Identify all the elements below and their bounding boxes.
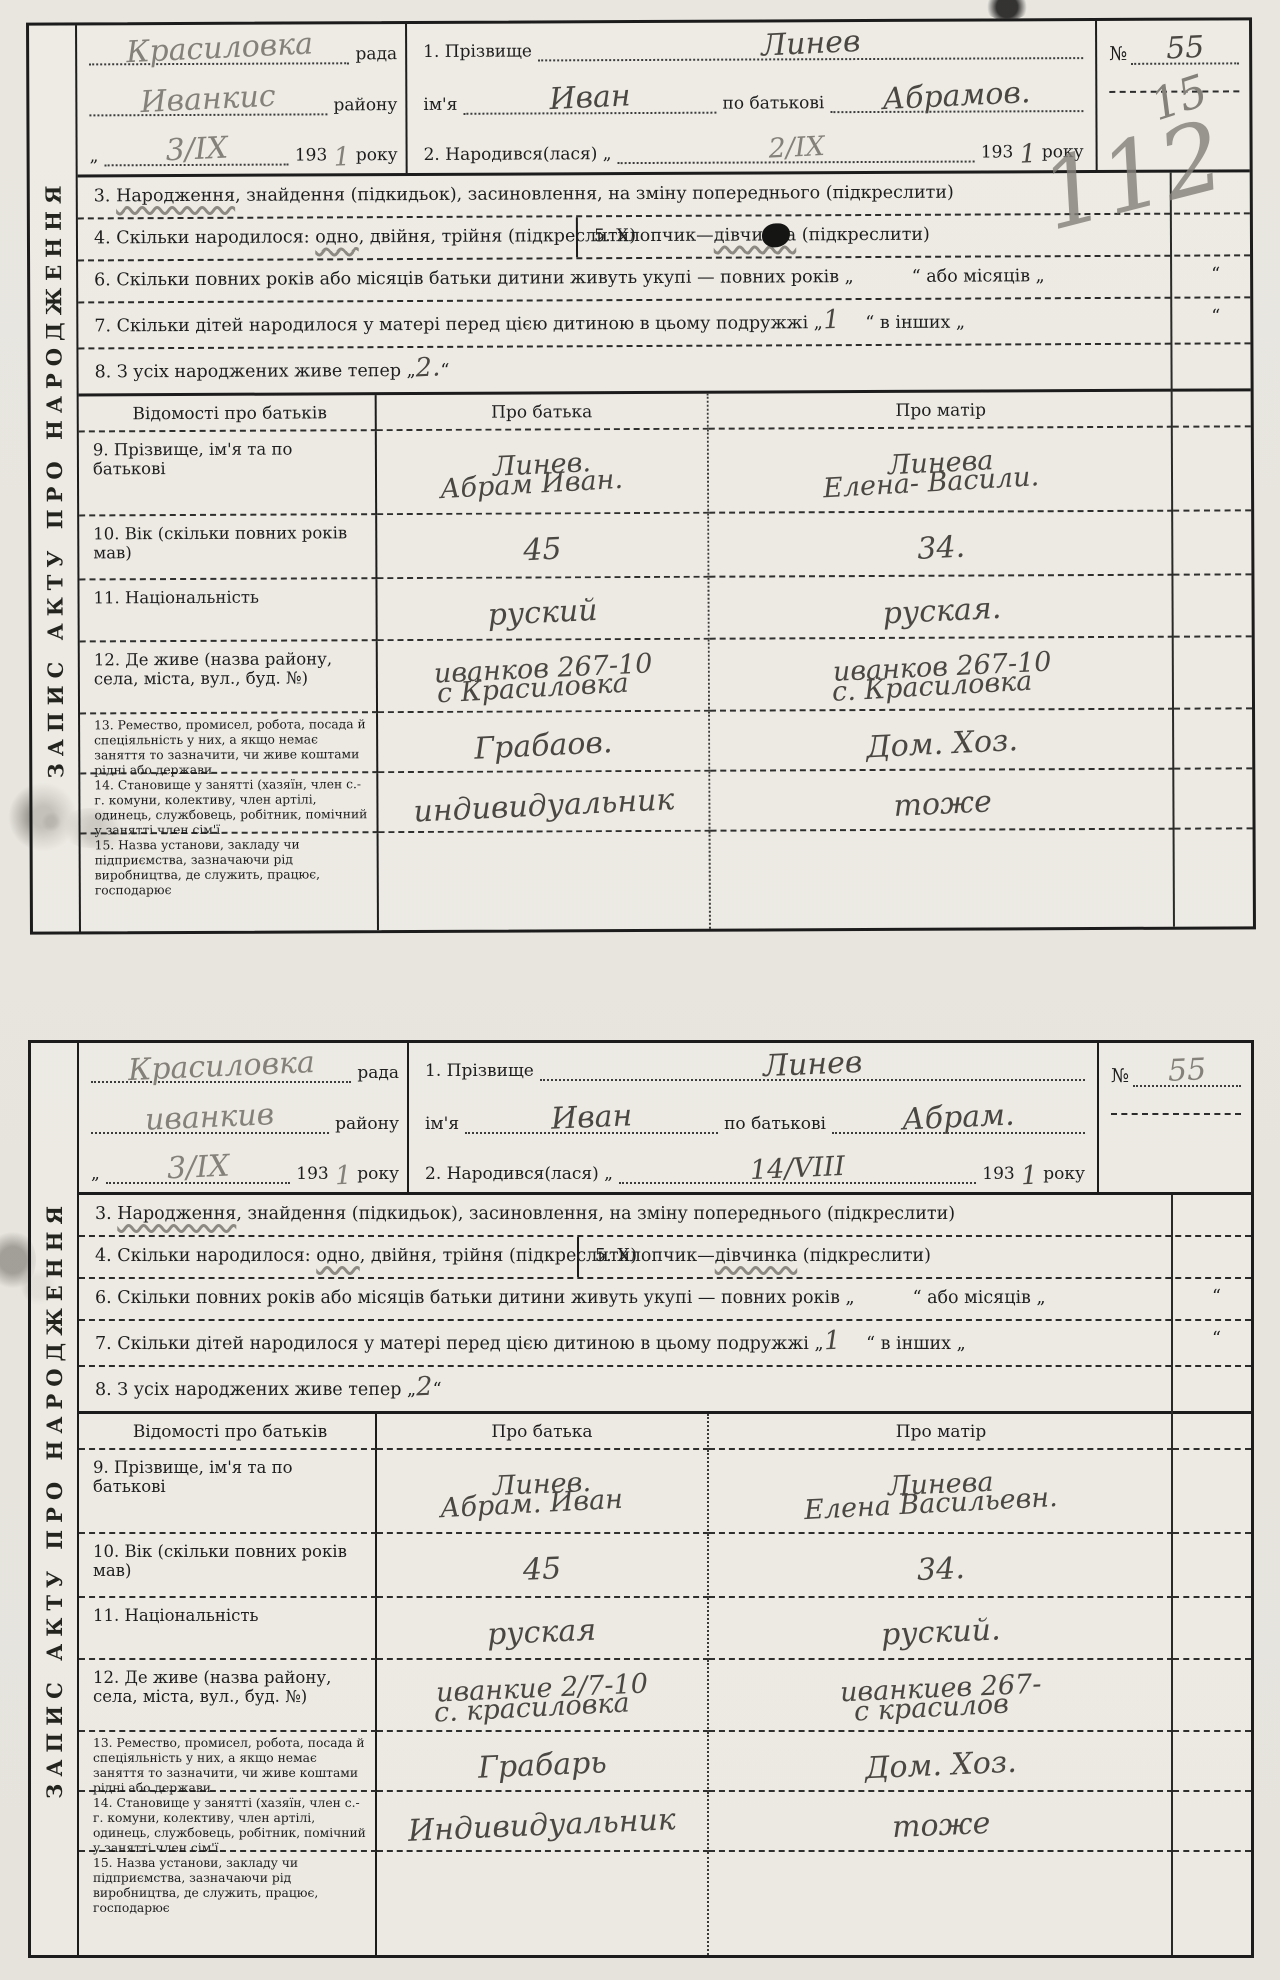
form1-father-status: индивидуальник	[412, 786, 674, 825]
form2-surname-label: 1. Прізвище	[425, 1061, 534, 1081]
form2-council-value: Красиловка	[127, 1049, 315, 1084]
form2-reg-year-prefix: 193	[296, 1164, 328, 1184]
form1-given-name-value: Иван	[549, 82, 631, 113]
form2-council-label: рада	[357, 1063, 399, 1083]
form1-field-3-text: , знайдення (підкидьок), засиновлення, н…	[235, 183, 954, 206]
form2-alive-now-value: 2	[416, 1376, 434, 1400]
form1-field-6-close-quote: “	[1211, 264, 1220, 284]
form2-mother-name-cell: ЛиневаЕлена Васильевн.	[709, 1450, 1173, 1534]
form2-mother-status-cell: тоже	[709, 1792, 1173, 1852]
form1-father-residence-2: с Красиловка	[436, 672, 629, 707]
form2-given-name-value: Иван	[550, 1102, 632, 1133]
form1-field-6-text-2: “ або місяців „	[912, 266, 1045, 287]
form2-field-8-text: 8. З усіх народжених живе тепер „	[95, 1380, 416, 1400]
form2-field-6-close-quote: “	[1212, 1287, 1221, 1307]
form1-number-sign: №	[1109, 43, 1127, 65]
form1-reg-year-digit: 1	[333, 146, 351, 170]
form1-row10-label: 10. Вік (скільки повних років мав)	[79, 515, 377, 580]
form2-mother-institution-cell	[709, 1852, 1173, 1955]
form1-district-line: Иванкис	[89, 85, 327, 116]
form2-district-label: району	[335, 1114, 399, 1134]
birth-record-form-1: ЗАПИС АКТУ ПРО НАРОДЖЕННЯ 112 Красиловка…	[26, 17, 1256, 934]
form2-reg-date-value: 3/IX	[166, 1153, 230, 1183]
form1-reg-year-label: року	[356, 145, 398, 165]
form1-row15-spare	[1175, 829, 1253, 926]
form2-field-3-text: , знайдення (підкидьок), засиновлення, н…	[236, 1204, 955, 1224]
form1-mother-age-cell: 34.	[709, 512, 1173, 578]
form1-field-7-text-2: “ в інших „	[865, 313, 965, 333]
form1-field-4-text: 4. Скільки народилося:	[94, 227, 315, 248]
form2-row15-label: 15. Назва установи, закладу чи підприємс…	[79, 1852, 377, 1955]
form2-body: Красиловка рада иванкив району „ 3/IX 19…	[79, 1043, 1251, 1955]
form2-row10-label: 10. Вік (скільки повних років мав)	[79, 1534, 377, 1598]
form1-row10-spare	[1173, 511, 1251, 575]
form2-mother-occupation-cell: Дом. Хоз.	[709, 1732, 1173, 1792]
form1-given-name-line: Иван	[463, 84, 716, 115]
form1-field-4-underlined-word: одно	[315, 227, 359, 247]
form2-number-line: 55	[1133, 1057, 1241, 1087]
form2-father-nationality-cell: руская	[377, 1598, 709, 1660]
form1-father-occupation: Грабаов.	[473, 729, 612, 763]
form1-row9-spare	[1173, 427, 1251, 511]
form2-number-value: 55	[1167, 1056, 1206, 1085]
form2-field-4-underlined-word: одно	[316, 1246, 360, 1266]
form2-birth-year-label: року	[1043, 1164, 1085, 1184]
form2-registration-block: Красиловка рада иванкив району „ 3/IX 19…	[79, 1043, 409, 1192]
form1-vertical-title-strip: ЗАПИС АКТУ ПРО НАРОДЖЕННЯ	[29, 25, 81, 931]
form2-reg-year-label: року	[357, 1164, 399, 1184]
form1-surname-label: 1. Прізвище	[423, 41, 532, 61]
form2-vertical-title: ЗАПИС АКТУ ПРО НАРОДЖЕННЯ	[42, 1199, 67, 1799]
form2-field-5-underlined-word: дівчинка	[715, 1246, 798, 1266]
form2-father-nationality: руская	[487, 1616, 597, 1648]
form2-birth-date-line: 14/VIII	[619, 1157, 976, 1184]
form2-row12-label: 12. Де живе (назва району, села, міста, …	[79, 1660, 377, 1732]
birth-record-form-2: ЗАПИС АКТУ ПРО НАРОДЖЕННЯ Красиловка рад…	[28, 1040, 1254, 1958]
form2-birth-year-digit: 1	[1020, 1164, 1038, 1188]
form1-reg-date-quote: „	[90, 146, 99, 166]
form2-field-4: 4. Скільки народилося: одно, двійня, трі…	[79, 1237, 579, 1277]
form1-mother-status: тоже	[893, 788, 993, 820]
form1-father-given: Абрам Иван.	[440, 468, 624, 503]
form1-mother-name-cell: ЛиневаЕлена- Васили.	[709, 428, 1173, 514]
form2-father-age-cell: 45	[377, 1534, 709, 1598]
form1-field-7-close-quote: “	[1211, 306, 1220, 326]
form2-row12-spare	[1173, 1660, 1251, 1732]
form2-father-age: 45	[522, 1555, 561, 1584]
form2-father-residence-2: с. красиловка	[434, 1691, 631, 1726]
form2-mother-occupation: Дом. Хоз.	[865, 1748, 1018, 1782]
form1-field-8: 8. З усіх народжених живе тепер „2.“	[78, 344, 1250, 396]
form2-district-line: иванкив	[91, 1104, 329, 1134]
form2-father-given: Абрам. Иван	[440, 1488, 624, 1522]
form2-reg-date-quote: „	[91, 1164, 100, 1184]
form2-council-line: Красиловка	[91, 1053, 351, 1083]
form2-row11-spare	[1173, 1598, 1251, 1660]
form2-children-before-value: 1	[823, 1330, 841, 1354]
form2-surname-value: Линев	[762, 1049, 862, 1080]
form2-field-5: 5. Хлопчик—дівчинка (підкреслити)	[579, 1237, 945, 1277]
form2-row15-spare	[1173, 1852, 1251, 1955]
form1-reg-date-value: 3/IX	[165, 134, 229, 164]
form2-mother-residence-cell: иванкиев 267-с красилов	[709, 1660, 1173, 1732]
form2-field-4-text: 4. Скільки народилося:	[95, 1246, 316, 1266]
form2-field-6-text-2: “ або місяців „	[913, 1288, 1046, 1308]
form2-field-8-close-quote: “	[433, 1380, 442, 1400]
form1-birth-year-prefix: 193	[981, 142, 1014, 162]
form1-th-spare	[1173, 391, 1251, 427]
form1-surname-line: Линев	[538, 29, 1083, 61]
form1-row9-label: 9. Прізвище, ім'я та по батькові	[79, 431, 377, 516]
form1-district-value: Иванкис	[140, 82, 276, 115]
form2-parents-table: Відомості про батьків Про батька Про мат…	[79, 1414, 1251, 1955]
form1-father-nationality-cell: руский	[377, 578, 709, 641]
form1-birth-date-value: 2/IX	[768, 135, 825, 162]
form2-th-mother: Про матір	[709, 1414, 1173, 1450]
form1-th-mother: Про матір	[709, 392, 1173, 430]
form1-mother-occupation-cell: Дом. Хоз.	[710, 710, 1174, 772]
form2-surname-line: Линев	[540, 1051, 1085, 1081]
form1-registration-block: Красиловка рада Иванкис району „ 3/IX 19…	[77, 24, 408, 174]
form2-right-column-rule	[1171, 1195, 1173, 1955]
form1-field-5-text: 5. Хлопчик—	[594, 226, 714, 247]
form1-field-7-text: 7. Скільки дітей народилося у матері пер…	[94, 313, 823, 336]
form1-father-occupation-cell: Грабаов.	[378, 712, 710, 773]
form2-field-6-text: 6. Скільки повних років або місяців бать…	[95, 1288, 855, 1308]
form2-row13-label: 13. Ремество, промисел, робота, посада й…	[79, 1732, 377, 1792]
form2-field-5-rest: (підкреслити)	[797, 1246, 931, 1266]
form2-th-father: Про батька	[377, 1414, 709, 1450]
form2-row13-spare	[1173, 1732, 1251, 1792]
form1-given-name-label: ім'я	[423, 95, 457, 115]
ink-stain	[984, 0, 1030, 20]
form1-mother-age: 34.	[917, 533, 966, 562]
form1-mother-nationality: руская.	[882, 594, 1002, 627]
form1-th-father: Про батька	[377, 394, 709, 431]
form2-number-sign: №	[1111, 1065, 1129, 1087]
form2-birth-date-label: 2. Народився(лася) „	[425, 1164, 613, 1184]
form2-district-value: иванкив	[145, 1101, 275, 1134]
form1-mother-given: Елена- Васили.	[822, 465, 1039, 502]
form1-alive-now-value: 2.	[415, 356, 441, 381]
form2-header: Красиловка рада иванкив району „ 3/IX 19…	[79, 1043, 1251, 1195]
form2-mother-residence-2: с красилов	[853, 1692, 1009, 1724]
form1-mother-residence-2: с. Красиловка	[831, 670, 1033, 706]
form1-row11-label: 11. Національність	[79, 579, 377, 642]
form1-field-7: 7. Скільки дітей народилося у матері пер…	[78, 298, 1250, 349]
form1-mother-institution-cell	[711, 830, 1175, 929]
form2-th-spare	[1173, 1414, 1251, 1450]
form1-council-value: Красиловка	[125, 30, 313, 66]
form2-father-institution-cell	[377, 1852, 709, 1955]
form2-birth-year-prefix: 193	[982, 1164, 1014, 1184]
form2-mother-age-cell: 34.	[709, 1534, 1173, 1598]
form1-number-value: 55	[1165, 34, 1204, 63]
form1-row13-spare	[1174, 709, 1252, 769]
form1-father-age: 45	[523, 535, 562, 564]
form1-mother-status-cell: тоже	[710, 770, 1174, 832]
form2-mother-nationality-cell: руский.	[709, 1598, 1173, 1660]
form1-birth-date-label: 2. Народився(лася) „	[424, 144, 612, 165]
form2-row9-spare	[1173, 1450, 1251, 1534]
form2-field-3: 3. Народження, знайдення (підкидьок), за…	[79, 1195, 1251, 1237]
form2-mother-nationality: руский.	[881, 1616, 1002, 1648]
form2-field-3-underlined-word: Народження	[117, 1204, 236, 1224]
form1-surname-value: Линев	[760, 28, 861, 60]
form1-patronymic-label: по батькові	[722, 93, 824, 113]
form1-field-5: 5. Хлопчик—дівчинка (підкреслити)	[578, 216, 944, 258]
form1-field-4: 4. Скільки народилося: одно, двійня, трі…	[78, 217, 578, 259]
form1-child-block: 1. Прізвище Линев ім'я Иван по батькові …	[407, 21, 1098, 173]
form2-reg-date-line: 3/IX	[106, 1154, 290, 1184]
form1-th-parents: Відомості про батьків	[79, 395, 377, 432]
form2-father-occupation-cell: Грабарь	[377, 1732, 709, 1792]
form1-reg-date-line: 3/IX	[104, 136, 289, 167]
form2-given-name-label: ім'я	[425, 1114, 459, 1134]
form2-th-parents: Відомості про батьків	[79, 1414, 377, 1450]
form1-row13-label: 13. Ремество, промисел, робота, посада й…	[80, 713, 378, 774]
form2-field-7-text-2: “ в інших „	[866, 1334, 966, 1354]
form1-field-3-number: 3.	[94, 186, 111, 206]
form2-child-block: 1. Прізвище Линев ім'я Иван по батькові …	[409, 1043, 1099, 1192]
form2-field-7-text: 7. Скільки дітей народилося у матері пер…	[95, 1334, 824, 1354]
form1-field-8-close-quote: “	[440, 361, 449, 381]
form1-field-6: 6. Скільки повних років або місяців бать…	[78, 256, 1250, 303]
form1-row12-label: 12. Де живе (назва району, села, міста, …	[80, 641, 378, 714]
form2-mother-given: Елена Васильевн.	[804, 1486, 1059, 1524]
form1-father-status-cell: индивидуальник	[378, 772, 710, 833]
form1-council-line: Красиловка	[89, 34, 350, 65]
form1-children-before-value: 1	[822, 309, 840, 333]
form2-father-status: Индивидуальник	[408, 1806, 677, 1845]
form1-row14-label: 14. Становище у занятті (хазяїн, член с.…	[80, 773, 378, 834]
form2-father-residence-cell: иванкие 2/7-10с. красиловка	[377, 1660, 709, 1732]
form1-council-label: рада	[355, 44, 397, 64]
form1-field-3-underlined-word: Народження	[116, 186, 235, 207]
form1-father-residence-cell: иванков 267-10с Красиловка	[378, 640, 710, 713]
form2-vertical-title-strip: ЗАПИС АКТУ ПРО НАРОДЖЕННЯ	[31, 1043, 79, 1955]
form2-row14-label: 14. Становище у занятті (хазяїн, член с.…	[79, 1792, 377, 1852]
form1-mother-occupation: Дом. Хоз.	[866, 727, 1019, 761]
form2-patronymic-value: Абрам.	[902, 1102, 1016, 1134]
form1-district-label: району	[333, 95, 397, 115]
form1-father-institution-cell	[379, 832, 711, 930]
form2-field-7-close-quote: “	[1212, 1329, 1221, 1349]
form1-patronymic-value: Абрамов.	[882, 79, 1031, 113]
form1-parents-table: Відомості про батьків Про батька Про мат…	[79, 391, 1253, 931]
form1-father-nationality: руский	[487, 596, 598, 628]
form2-mother-age: 34.	[917, 1554, 966, 1583]
form1-field-5-rest: (підкреслити)	[796, 225, 930, 246]
form1-father-name-cell: Линев.Абрам Иван.	[377, 430, 709, 515]
form2-father-status-cell: Индивидуальник	[377, 1792, 709, 1852]
form1-row14-spare	[1174, 769, 1252, 829]
form1-field-6-text: 6. Скільки повних років або місяців бать…	[94, 267, 854, 290]
form1-birth-date-line: 2/IX	[618, 136, 975, 165]
form1-row11-spare	[1173, 575, 1251, 637]
form2-patronymic-label: по батькові	[724, 1114, 826, 1134]
form2-father-name-cell: Линев.Абрам. Иван	[377, 1450, 709, 1534]
form1-mother-residence-cell: иванков 267-10с. Красиловка	[710, 638, 1174, 712]
form2-field-7: 7. Скільки дітей народилося у матері пер…	[79, 1321, 1251, 1367]
form2-reg-year-digit: 1	[334, 1164, 352, 1188]
form2-field-5-text: 5. Хлопчик—	[595, 1246, 715, 1266]
form2-row10-spare	[1173, 1534, 1251, 1598]
form2-mother-status: тоже	[891, 1809, 990, 1840]
scanned-birth-record-page: { "document": { "type": "Ukrainian birth…	[0, 0, 1280, 1980]
form2-given-name-line: Иван	[465, 1104, 718, 1134]
form2-number-box: № 55	[1099, 1043, 1251, 1192]
form2-patronymic-line: Абрам.	[832, 1104, 1085, 1134]
form2-birth-date-value: 14/VIII	[750, 1155, 846, 1183]
form1-number-line: 55	[1131, 34, 1239, 64]
form1-body: 112 Красиловка рада Иванкис району „ 3/I…	[77, 20, 1253, 931]
form2-row11-label: 11. Національність	[79, 1598, 377, 1660]
form1-father-age-cell: 45	[377, 514, 709, 579]
form2-father-occupation: Грабарь	[477, 1749, 607, 1782]
form2-field-6: 6. Скільки повних років або місяців бать…	[79, 1279, 1251, 1321]
form1-row15-label: 15. Назва установи, закладу чи підприємс…	[81, 833, 379, 931]
form1-patronymic-line: Абрамов.	[830, 82, 1083, 113]
form2-number-underline	[1111, 1113, 1241, 1115]
form2-field-8: 8. З усіх народжених живе тепер „2“	[79, 1367, 1251, 1414]
form1-row12-spare	[1174, 637, 1252, 709]
form2-field-3-number: 3.	[95, 1204, 112, 1224]
form2-row9-label: 9. Прізвище, ім'я та по батькові	[79, 1450, 377, 1534]
form1-mother-nationality-cell: руская.	[709, 576, 1173, 640]
form2-row14-spare	[1173, 1792, 1251, 1852]
form1-field-8-text: 8. З усіх народжених живе тепер „	[94, 361, 415, 382]
form1-vertical-title: ЗАПИС АКТУ ПРО НАРОДЖЕННЯ	[40, 179, 68, 779]
form1-reg-year-prefix: 193	[295, 145, 328, 165]
form2-fields-4-5: 4. Скільки народилося: одно, двійня, трі…	[79, 1237, 1251, 1279]
